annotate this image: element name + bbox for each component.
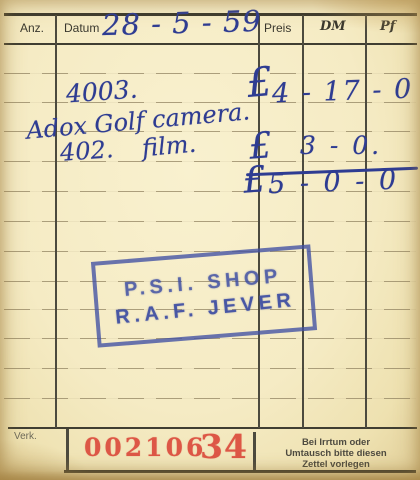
item2-number: 402.: [59, 135, 114, 167]
notice-line-1: Bei Irrtum oder: [260, 437, 412, 448]
item1-price: 4 - 17 - 0: [272, 74, 414, 110]
item1-currency-sign: £: [245, 59, 274, 107]
total-currency-sign: £: [242, 159, 268, 201]
shop-rubber-stamp: P.S.I. SHOP R.A.F. JEVER: [91, 244, 317, 347]
handwritten-date: 28 - 5 - 59: [102, 4, 263, 42]
header-bottom-border: [4, 43, 417, 45]
item2-description: film.: [141, 130, 197, 163]
paper-stain-bottom-left: [0, 440, 90, 480]
ruled-line: [4, 221, 416, 222]
ruled-line: [4, 73, 416, 74]
serial-counter: 34: [200, 427, 248, 466]
dm-column-label: DM: [320, 19, 346, 34]
ruled-line: [4, 398, 416, 399]
qty-column-label: Anz.: [20, 21, 44, 35]
col-divider-qty: [55, 15, 57, 428]
price-column-label: Preis: [264, 21, 291, 35]
seller-label: Verk.: [14, 431, 37, 442]
serial-box-left-border: [66, 429, 69, 471]
ruled-line: [4, 368, 416, 369]
footer-bottom-border: [64, 470, 416, 473]
exchange-notice: Bei Irrtum oder Umtausch bitte diesen Ze…: [260, 437, 412, 470]
item1-description: Adox Golf camera.: [25, 97, 251, 144]
notice-line-3: Zettel vorlegen: [260, 459, 412, 470]
receipt-paper: Anz. Datum Preis DM Pf 28 - 5 - 59 4003.…: [0, 0, 420, 480]
paper-edge-vignette: [0, 0, 420, 480]
serial-number: 002106: [84, 433, 206, 462]
item2-price: 3 - 0.: [300, 131, 382, 160]
pf-column-label: Pf: [380, 19, 395, 34]
total-amount: 5 - 0 - 0: [267, 165, 399, 201]
item1-number: 4003.: [65, 75, 138, 109]
footer-divider: [253, 432, 256, 470]
notice-line-2: Umtausch bitte diesen: [260, 448, 412, 459]
date-column-label: Datum: [64, 21, 99, 35]
